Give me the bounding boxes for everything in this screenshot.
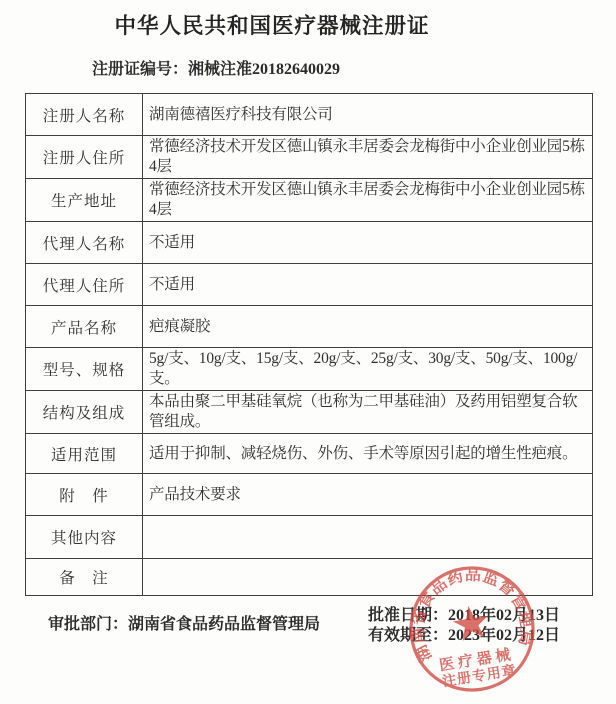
- page-title: 中华人民共和国医疗器械注册证: [0, 9, 544, 40]
- table-row: 适用范围 适用于抑制、减轻烧伤、外伤、手术等原因引起的增生性疤痕。: [26, 434, 593, 474]
- row-value: 产品技术要求: [143, 474, 593, 516]
- table-row: 型号、规格 5g/支、10g/支、15g/支、20g/支、25g/支、30g/支…: [26, 348, 593, 391]
- registration-number-label: 注册证编号：: [92, 61, 188, 78]
- row-label: 注册人名称: [26, 94, 143, 136]
- row-label: 代理人名称: [26, 222, 143, 264]
- approval-date-label: 批准日期：: [368, 607, 448, 624]
- seal-text-line1: 医疗器械: [438, 645, 516, 675]
- dates-block: 批准日期：2018年02月13日 有效期至：2023年02月12日: [368, 606, 560, 646]
- table-row: 生产地址 常德经济技术开发区德山镇永丰居委会龙梅街中小企业创业园5栋4层: [26, 179, 593, 222]
- row-label: 结构及组成: [26, 391, 143, 434]
- row-label: 型号、规格: [26, 348, 143, 391]
- approval-date-line: 批准日期：2018年02月13日: [368, 606, 560, 626]
- row-value: 常德经济技术开发区德山镇永丰居委会龙梅街中小企业创业园5栋4层: [143, 136, 593, 179]
- row-value: 湖南德禧医疗科技有限公司: [143, 94, 593, 136]
- table-row: 代理人住所 不适用: [26, 264, 593, 306]
- row-value: 不适用: [143, 264, 593, 306]
- row-label: 产品名称: [26, 306, 143, 348]
- valid-until-line: 有效期至：2023年02月12日: [368, 626, 560, 646]
- approval-department-line: 审批部门：湖南省食品药品监督管理局: [48, 611, 320, 634]
- valid-until-value: 2023年02月12日: [448, 627, 560, 644]
- row-label: 其他内容: [26, 516, 143, 559]
- row-label: 生产地址: [26, 179, 143, 222]
- certificate-table: 注册人名称 湖南德禧医疗科技有限公司 注册人住所 常德经济技术开发区德山镇永丰居…: [25, 93, 593, 596]
- registration-number-line: 注册证编号：湘械注准20182640029: [92, 56, 340, 79]
- row-value: [143, 516, 593, 559]
- row-label: 注册人住所: [26, 136, 143, 179]
- row-value: 不适用: [143, 222, 593, 264]
- table-row: 代理人名称 不适用: [26, 222, 593, 264]
- row-label: 备 注: [26, 559, 143, 596]
- row-label: 代理人住所: [26, 264, 143, 306]
- table-row: 备 注: [26, 559, 593, 596]
- table-row: 注册人名称 湖南德禧医疗科技有限公司: [26, 94, 593, 136]
- approval-date-value: 2018年02月13日: [448, 607, 560, 624]
- seal-text-line2: 注册专用章: [441, 662, 518, 691]
- row-value: [143, 559, 593, 596]
- row-value: 5g/支、10g/支、15g/支、20g/支、25g/支、30g/支、50g/支…: [143, 348, 593, 391]
- table-row: 结构及组成 本品由聚二甲基硅氧烷（也称为二甲基硅油）及药用铝塑复合软管组成。: [26, 391, 593, 434]
- approval-department-label: 审批部门：: [48, 616, 128, 633]
- table-row: 产品名称 疤痕凝胶: [26, 306, 593, 348]
- table-row: 注册人住所 常德经济技术开发区德山镇永丰居委会龙梅街中小企业创业园5栋4层: [26, 136, 593, 179]
- valid-until-label: 有效期至：: [368, 627, 448, 644]
- row-value: 常德经济技术开发区德山镇永丰居委会龙梅街中小企业创业园5栋4层: [143, 179, 593, 222]
- row-label: 适用范围: [26, 434, 143, 474]
- table-row: 附 件 产品技术要求: [26, 474, 593, 516]
- registration-number-value: 湘械注准20182640029: [188, 61, 340, 78]
- row-value: 疤痕凝胶: [143, 306, 593, 348]
- row-value: 适用于抑制、减轻烧伤、外伤、手术等原因引起的增生性疤痕。: [143, 434, 593, 474]
- certificate-page: 中华人民共和国医疗器械注册证 注册证编号：湘械注准20182640029 注册人…: [0, 0, 616, 704]
- row-value: 本品由聚二甲基硅氧烷（也称为二甲基硅油）及药用铝塑复合软管组成。: [143, 391, 593, 434]
- approval-department-value: 湖南省食品药品监督管理局: [128, 616, 320, 633]
- row-label: 附 件: [26, 474, 143, 516]
- table-row: 其他内容: [26, 516, 593, 559]
